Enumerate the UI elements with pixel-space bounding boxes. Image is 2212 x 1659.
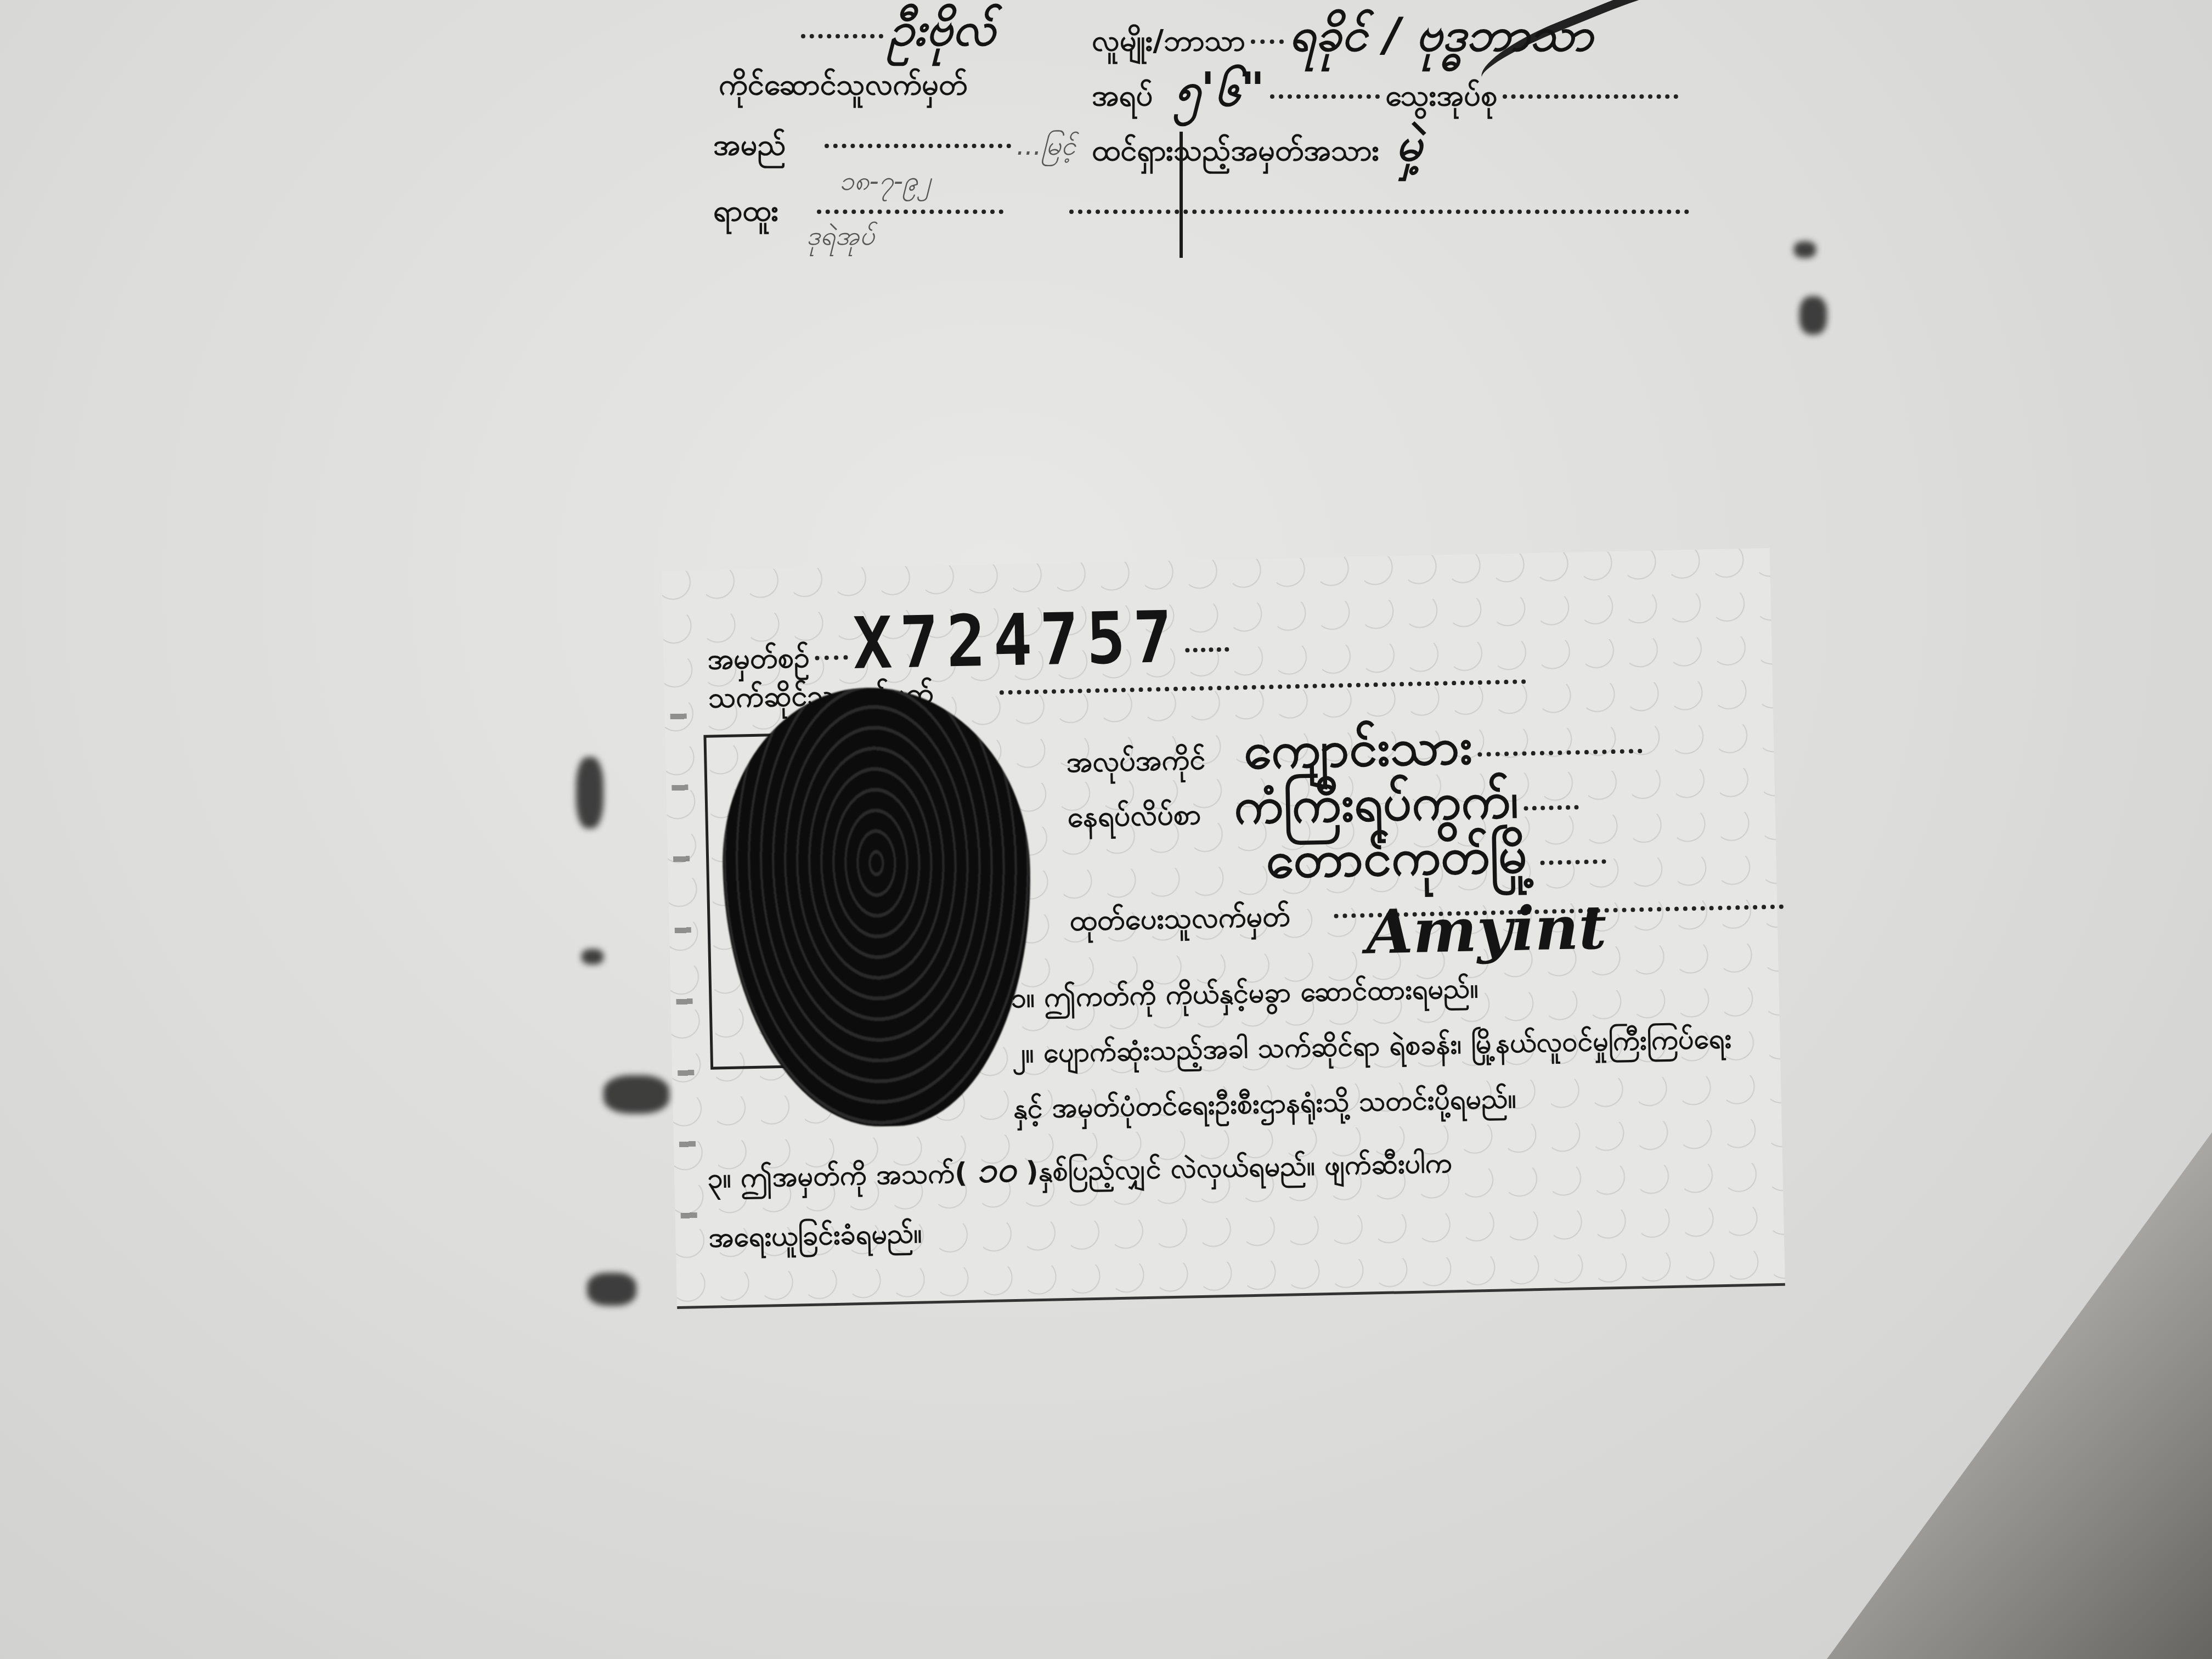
- name-row: အမည် ...မြင့်: [713, 126, 1076, 170]
- note-2-cont: နှင့် အမှတ်ပုံတင်ရေးဦးစီးဌာနရုံးသို့ သတင…: [706, 1076, 1748, 1138]
- distinguishing-mark-value: မှဲ့: [1396, 115, 1422, 183]
- note-3-start: ၃။ ဤအမှတ်ကို အသက်(: [707, 1157, 968, 1194]
- copier-smudge: [587, 1273, 636, 1306]
- card-edge-ticks: [670, 713, 698, 1262]
- serial-label: အမှတ်စဉ်: [707, 640, 810, 684]
- column-divider: [1180, 132, 1183, 258]
- holder-signature-label: ကိုင်ဆောင်သူလက်မှတ်: [719, 66, 967, 109]
- height-label: အရပ်: [1092, 77, 1153, 120]
- note-3-cont: အရေးယူခြင်းခံရမည်။: [708, 1199, 1751, 1261]
- issuer-mark-row: ဦးဗိုလ်: [795, 0, 996, 68]
- position-value: ဒုရဲအုပ်: [806, 219, 874, 258]
- renewal-age: ၁၀: [977, 1149, 1017, 1190]
- blood-type-label: သွေးအုပ်စု: [1385, 77, 1497, 120]
- distinguishing-mark-label: ထင်ရှားသည့်အမှတ်အသား: [1092, 132, 1379, 175]
- serial-row: အမှတ်စဉ် X724757: [706, 581, 1235, 684]
- issuer-mark-value: ဦးဗိုလ်: [889, 0, 996, 68]
- position-label: ရာထူး: [713, 192, 778, 235]
- ethnicity-religion-label: လူမျိုး/ဘာသာ: [1092, 22, 1245, 65]
- note-3: ၃။ ဤအမှတ်ကို အသက်( ၁၀ )နှစ်ပြည့်လျှင် လဲ…: [707, 1132, 1750, 1205]
- note-3-end: )နှစ်ပြည့်လျှင် လဲလှယ်ရမည်။ ဖျက်ဆီးပါက: [1025, 1147, 1452, 1187]
- position-value-row: ဒုရဲအုပ်: [806, 219, 874, 258]
- top-form-excerpt: ဦးဗိုလ် လူမျိုး/ဘာသာ ရခိုင် / ဗုဒ္ဓဘာသာ …: [697, 0, 1849, 285]
- copier-smudge: [603, 1075, 669, 1114]
- name-value: ...မြင့်: [1017, 129, 1076, 168]
- card-notes: ၁။ ဤကတ်ကို ကိုယ်နှင့်မခွာ ဆောင်ထားရမည်။ …: [703, 966, 1752, 1276]
- distinguishing-mark-row: ထင်ရှားသည့်အမှတ်အသား မှဲ့: [1092, 115, 1422, 183]
- address-line-2: တောင်ကုတ်မြို့: [1265, 822, 1536, 902]
- note-2: ၂။ ပျောက်ဆုံးသည့်အခါ သက်ဆိုင်ရာ ရဲစခန်း၊…: [704, 1021, 1747, 1083]
- copier-smudge: [1794, 241, 1816, 258]
- copier-smudge: [576, 757, 603, 828]
- address-label: နေရပ်လိပ်စာ: [1067, 797, 1201, 841]
- copier-smudge: [1799, 296, 1827, 335]
- id-card-photocopy: အမှတ်စဉ် X724757 သက်ဆိုင်သူလက်မှတ် အလုပ်…: [662, 548, 1785, 1309]
- copier-smudge: [582, 949, 603, 964]
- address-line-2-row: တောင်ကုတ်မြို့: [1265, 820, 1612, 902]
- name-label: အမည်: [713, 126, 786, 170]
- issuer-signature-label: ထုတ်ပေးသူလက်မှတ်: [1069, 898, 1291, 944]
- holder-signature-row: ကိုင်ဆောင်သူလက်မှတ်: [719, 66, 967, 109]
